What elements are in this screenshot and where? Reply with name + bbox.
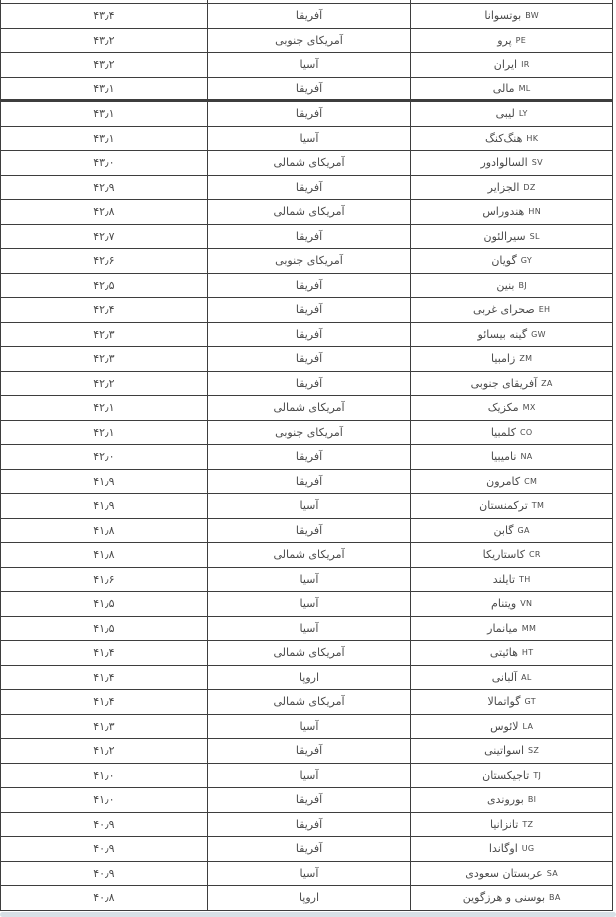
- continent-text: آفریقا: [296, 475, 322, 488]
- table-row: ۴۱٫۶ آسیا THتایلند: [1, 568, 613, 593]
- continent-text: آسیا: [300, 867, 319, 880]
- value-cell: ۴۰٫۹: [1, 862, 208, 886]
- continent-text: آسیا: [300, 720, 319, 733]
- continent-cell: آفریقا: [208, 372, 412, 396]
- continent-text: آفریقا: [296, 744, 322, 757]
- continent-text: آفریقا: [296, 818, 322, 831]
- continent-text: آفریقا: [296, 279, 322, 292]
- value-cell: ۴۲٫۰: [1, 445, 208, 469]
- continent-cell: آفریقا: [208, 78, 412, 100]
- continent-cell: آمریکای شمالی: [208, 641, 412, 665]
- value-text: ۴۱٫۳: [93, 720, 114, 733]
- table-row: ۴۱٫۵ آسیا VNویتنام: [1, 592, 613, 617]
- country-name-text: کاستاریکا: [483, 548, 525, 561]
- continent-cell: آمریکای جنوبی: [208, 249, 412, 273]
- value-text: ۴۲٫۰: [93, 450, 114, 463]
- country-name-text: کامرون: [486, 475, 520, 488]
- value-text: ۴۲٫۱: [93, 426, 114, 439]
- table-row: ۴۲٫۷ آفریقا SLسیرالئون: [1, 225, 613, 250]
- continent-text: آمریکای شمالی: [273, 548, 344, 561]
- continent-text: آفریقا: [296, 793, 322, 806]
- value-text: ۴۳٫۲: [93, 58, 114, 71]
- continent-cell: آفریقا: [208, 739, 412, 763]
- continent-cell: آسیا: [208, 494, 412, 518]
- country-name-text: تاجیکستان: [482, 769, 529, 782]
- country-name-text: کلمبیا: [491, 426, 516, 439]
- continent-text: آسیا: [300, 573, 319, 586]
- country-code-text: GT: [524, 697, 535, 706]
- country-cell: NAنامیبیا: [411, 445, 613, 469]
- table-row: ۴۲٫۱ آمریکای جنوبی COکلمبیا: [1, 421, 613, 446]
- country-cell: SZاسواتینی: [411, 739, 613, 763]
- table-row: ۴۱٫۴ آمریکای شمالی GTگواتمالا: [1, 690, 613, 715]
- country-code-text: CO: [520, 428, 532, 437]
- data-table: ۴۳٫۴ آفریقا BWبوتسوانا ۴۳٫۲ آمریکای جنوب…: [0, 0, 613, 911]
- value-cell: ۴۲٫۶: [1, 249, 208, 273]
- table-row: ۴۳٫۱ آفریقا MLمالی: [1, 78, 613, 103]
- value-cell: ۴۱٫۰: [1, 788, 208, 812]
- country-name-text: تانزانیا: [490, 818, 518, 831]
- country-name-text: نامیبیا: [491, 450, 517, 463]
- table-row: ۴۳٫۲ آمریکای جنوبی PEپرو: [1, 29, 613, 54]
- continent-cell: آمریکای شمالی: [208, 396, 412, 420]
- value-cell: ۴۳٫۱: [1, 127, 208, 151]
- value-text: ۴۲٫۹: [93, 181, 114, 194]
- table-row: ۴۲٫۸ آمریکای شمالی HNهندوراس: [1, 200, 613, 225]
- country-name-text: اوگاندا: [489, 842, 518, 855]
- country-name-text: گویان: [491, 254, 516, 267]
- continent-text: آمریکای جنوبی: [275, 34, 343, 47]
- table-row: ۴۳٫۲ آسیا IRایران: [1, 53, 613, 78]
- continent-cell: آفریقا: [208, 347, 412, 371]
- country-name-text: هائیتی: [490, 646, 518, 659]
- table-row: ۴۲٫۵ آفریقا BJبنین: [1, 274, 613, 299]
- country-code-text: HK: [526, 134, 538, 143]
- continent-cell: آسیا: [208, 617, 412, 641]
- country-cell: VNویتنام: [411, 592, 613, 616]
- country-name-text: میانمار: [487, 622, 518, 635]
- continent-cell: آفریقا: [208, 837, 412, 861]
- continent-text: آفریقا: [296, 842, 322, 855]
- country-cell: BJبنین: [411, 274, 613, 298]
- continent-text: آفریقا: [296, 9, 322, 22]
- table-row: ۴۱٫۰ آفریقا BIبوروندی: [1, 788, 613, 813]
- value-text: ۴۳٫۱: [93, 132, 114, 145]
- continent-text: آسیا: [300, 769, 319, 782]
- country-code-text: HT: [522, 648, 534, 657]
- country-name-text: گابن: [494, 524, 514, 537]
- country-name-text: آفریقای جنوبی: [471, 377, 538, 390]
- country-name-text: هنگ‌کنگ: [485, 132, 522, 145]
- value-text: ۴۱٫۹: [93, 475, 114, 488]
- value-cell: ۴۳٫۰: [1, 151, 208, 175]
- country-code-text: GW: [531, 330, 546, 339]
- country-code-text: IR: [521, 60, 530, 69]
- continent-text: آسیا: [300, 622, 319, 635]
- table-row: ۴۲٫۴ آفریقا EHصحرای غربی: [1, 298, 613, 323]
- continent-text: آمریکای جنوبی: [275, 254, 343, 267]
- value-text: ۴۲٫۳: [93, 352, 114, 365]
- value-cell: ۴۱٫۴: [1, 641, 208, 665]
- table-row: ۴۱٫۹ آسیا TMترکمنستان: [1, 494, 613, 519]
- country-cell: PEپرو: [411, 29, 613, 53]
- country-cell: UGاوگاندا: [411, 837, 613, 861]
- country-name-text: گینه بیسائو: [478, 328, 528, 341]
- country-cell: TMترکمنستان: [411, 494, 613, 518]
- continent-text: آمریکای شمالی: [273, 401, 344, 414]
- country-cell: [411, 0, 613, 3]
- country-code-text: SL: [530, 232, 540, 241]
- continent-cell: آفریقا: [208, 323, 412, 347]
- country-cell: DZالجزایر: [411, 176, 613, 200]
- country-name-text: پرو: [497, 34, 511, 47]
- table-rows-container: ۴۳٫۴ آفریقا BWبوتسوانا ۴۳٫۲ آمریکای جنوب…: [1, 4, 613, 911]
- value-cell: [1, 0, 208, 3]
- value-text: ۴۱٫۸: [93, 548, 114, 561]
- value-cell: ۴۱٫۳: [1, 715, 208, 739]
- value-cell: ۴۱٫۰: [1, 764, 208, 788]
- continent-text: اروپا: [299, 671, 319, 684]
- country-cell: BWبوتسوانا: [411, 4, 613, 28]
- country-code-text: MM: [522, 624, 536, 633]
- value-cell: ۴۳٫۲: [1, 29, 208, 53]
- continent-cell: آمریکای جنوبی: [208, 29, 412, 53]
- value-text: ۴۳٫۴: [93, 9, 114, 22]
- value-cell: ۴۰٫۸: [1, 886, 208, 910]
- value-cell: ۴۲٫۹: [1, 176, 208, 200]
- country-code-text: CM: [524, 477, 537, 486]
- continent-cell: آسیا: [208, 127, 412, 151]
- country-code-text: AL: [521, 673, 532, 682]
- continent-text: اروپا: [299, 891, 319, 904]
- continent-cell: آسیا: [208, 53, 412, 77]
- country-name-text: مالی: [493, 82, 515, 95]
- country-cell: MXمکزیک: [411, 396, 613, 420]
- continent-text: آمریکای شمالی: [273, 156, 344, 169]
- value-cell: ۴۱٫۹: [1, 470, 208, 494]
- country-cell: SVالسالوادور: [411, 151, 613, 175]
- value-cell: ۴۱٫۴: [1, 666, 208, 690]
- country-code-text: TH: [519, 575, 531, 584]
- value-text: ۴۲٫۸: [93, 205, 114, 218]
- country-name-text: گواتمالا: [487, 695, 520, 708]
- value-cell: ۴۰٫۹: [1, 837, 208, 861]
- continent-cell: آسیا: [208, 764, 412, 788]
- value-text: ۴۰٫۹: [93, 818, 114, 831]
- country-name-text: آلبانی: [492, 671, 517, 684]
- country-cell: LAلائوس: [411, 715, 613, 739]
- continent-text: آسیا: [300, 132, 319, 145]
- value-text: ۴۱٫۴: [93, 671, 114, 684]
- country-code-text: PE: [516, 36, 526, 45]
- country-name-text: بوروندی: [487, 793, 524, 806]
- continent-text: آفریقا: [296, 450, 322, 463]
- country-cell: LYلیبی: [411, 102, 613, 126]
- continent-cell: آفریقا: [208, 176, 412, 200]
- value-text: ۴۲٫۴: [93, 303, 114, 316]
- country-code-text: VN: [520, 599, 532, 608]
- continent-cell: آفریقا: [208, 788, 412, 812]
- continent-text: آفریقا: [296, 230, 322, 243]
- value-text: ۴۲٫۶: [93, 254, 114, 267]
- value-text: ۴۱٫۸: [93, 524, 114, 537]
- country-cell: HNهندوراس: [411, 200, 613, 224]
- country-name-text: ایران: [494, 58, 517, 71]
- continent-cell: [208, 0, 412, 3]
- continent-cell: آفریقا: [208, 470, 412, 494]
- value-cell: ۴۲٫۸: [1, 200, 208, 224]
- continent-cell: آفریقا: [208, 4, 412, 28]
- country-code-text: GA: [518, 526, 530, 535]
- value-cell: ۴۲٫۳: [1, 323, 208, 347]
- value-cell: ۴۳٫۴: [1, 4, 208, 28]
- table-row: ۴۱٫۳ آسیا LAلائوس: [1, 715, 613, 740]
- table-row: ۴۰٫۹ آفریقا TZتانزانیا: [1, 813, 613, 838]
- country-cell: GTگواتمالا: [411, 690, 613, 714]
- value-text: ۴۲٫۳: [93, 328, 114, 341]
- country-name-text: بوسنی و هرزگوین: [463, 891, 545, 904]
- country-cell: CMکامرون: [411, 470, 613, 494]
- country-code-text: TJ: [533, 771, 541, 780]
- country-name-text: مکزیک: [488, 401, 519, 414]
- country-code-text: HN: [528, 207, 541, 216]
- continent-text: آفریقا: [296, 107, 322, 120]
- continent-text: آمریکای شمالی: [273, 646, 344, 659]
- table-row: ۴۱٫۸ آفریقا GAگابن: [1, 519, 613, 544]
- table-row: ۴۲٫۹ آفریقا DZالجزایر: [1, 176, 613, 201]
- continent-cell: آمریکای شمالی: [208, 690, 412, 714]
- continent-cell: آسیا: [208, 568, 412, 592]
- continent-cell: آمریکای جنوبی: [208, 421, 412, 445]
- country-name-text: ترکمنستان: [479, 499, 528, 512]
- value-text: ۴۱٫۴: [93, 695, 114, 708]
- table-row: ۴۲٫۳ آفریقا GWگینه بیسائو: [1, 323, 613, 348]
- table-row: ۴۲٫۶ آمریکای جنوبی GYگویان: [1, 249, 613, 274]
- continent-text: آسیا: [300, 58, 319, 71]
- continent-cell: آمریکای شمالی: [208, 151, 412, 175]
- value-cell: ۴۰٫۹: [1, 813, 208, 837]
- continent-cell: آسیا: [208, 862, 412, 886]
- country-name-text: ویتنام: [491, 597, 516, 610]
- continent-cell: آفریقا: [208, 813, 412, 837]
- country-cell: THتایلند: [411, 568, 613, 592]
- continent-cell: آفریقا: [208, 519, 412, 543]
- continent-text: آفریقا: [296, 82, 322, 95]
- country-code-text: TM: [532, 501, 544, 510]
- continent-cell: آمریکای شمالی: [208, 200, 412, 224]
- table-row: ۴۱٫۹ آفریقا CMکامرون: [1, 470, 613, 495]
- country-code-text: SZ: [528, 746, 539, 755]
- country-code-text: LY: [519, 109, 528, 118]
- value-text: ۴۱٫۵: [93, 597, 114, 610]
- value-text: ۴۲٫۷: [93, 230, 114, 243]
- country-name-text: بوتسوانا: [484, 9, 521, 22]
- country-code-text: GY: [521, 256, 532, 265]
- table-row: ۴۲٫۲ آفریقا ZAآفریقای جنوبی: [1, 372, 613, 397]
- value-cell: ۴۳٫۱: [1, 78, 208, 100]
- continent-cell: آفریقا: [208, 445, 412, 469]
- continent-cell: اروپا: [208, 886, 412, 910]
- country-name-text: السالوادور: [481, 156, 528, 169]
- value-cell: ۴۱٫۵: [1, 617, 208, 641]
- value-cell: ۴۲٫۱: [1, 421, 208, 445]
- country-cell: SLسیرالئون: [411, 225, 613, 249]
- country-cell: EHصحرای غربی: [411, 298, 613, 322]
- country-code-text: ZM: [519, 354, 532, 363]
- country-cell: GYگویان: [411, 249, 613, 273]
- page: ۴۳٫۴ آفریقا BWبوتسوانا ۴۳٫۲ آمریکای جنوب…: [0, 0, 616, 917]
- continent-text: آفریقا: [296, 524, 322, 537]
- continent-cell: آفریقا: [208, 274, 412, 298]
- country-code-text: MX: [523, 403, 536, 412]
- value-cell: ۴۲٫۲: [1, 372, 208, 396]
- value-cell: ۴۲٫۴: [1, 298, 208, 322]
- country-code-text: LA: [523, 722, 534, 731]
- country-cell: MMمیانمار: [411, 617, 613, 641]
- value-text: ۴۰٫۸: [93, 891, 114, 904]
- continent-text: آفریقا: [296, 352, 322, 365]
- country-code-text: ML: [519, 84, 531, 93]
- table-row: ۴۱٫۴ اروپا ALآلبانی: [1, 666, 613, 691]
- value-text: ۴۱٫۲: [93, 744, 114, 757]
- value-text: ۴۱٫۰: [93, 793, 114, 806]
- country-cell: HTهائیتی: [411, 641, 613, 665]
- continent-text: آمریکای شمالی: [273, 205, 344, 218]
- country-cell: TJتاجیکستان: [411, 764, 613, 788]
- value-cell: ۴۱٫۴: [1, 690, 208, 714]
- value-text: ۴۱٫۰: [93, 769, 114, 782]
- table-row: ۴۱٫۸ آمریکای شمالی CRکاستاریکا: [1, 543, 613, 568]
- country-cell: SAعربستان سعودی: [411, 862, 613, 886]
- continent-cell: آمریکای شمالی: [208, 543, 412, 567]
- value-text: ۴۱٫۴: [93, 646, 114, 659]
- value-cell: ۴۱٫۸: [1, 543, 208, 567]
- country-cell: BIبوروندی: [411, 788, 613, 812]
- country-cell: BAبوسنی و هرزگوین: [411, 886, 613, 910]
- country-name-text: صحرای غربی: [473, 303, 535, 316]
- table-row: ۴۰٫۹ آسیا SAعربستان سعودی: [1, 862, 613, 887]
- country-code-text: TZ: [522, 820, 533, 829]
- value-cell: ۴۱٫۹: [1, 494, 208, 518]
- value-text: ۴۰٫۹: [93, 867, 114, 880]
- country-cell: ZAآفریقای جنوبی: [411, 372, 613, 396]
- table-row: ۴۱٫۲ آفریقا SZاسواتینی: [1, 739, 613, 764]
- country-cell: GWگینه بیسائو: [411, 323, 613, 347]
- continent-cell: آسیا: [208, 715, 412, 739]
- value-text: ۴۱٫۹: [93, 499, 114, 512]
- value-text: ۴۳٫۲: [93, 34, 114, 47]
- continent-cell: آفریقا: [208, 102, 412, 126]
- country-code-text: EH: [539, 305, 551, 314]
- value-cell: ۴۲٫۳: [1, 347, 208, 371]
- country-cell: IRایران: [411, 53, 613, 77]
- country-name-text: لائوس: [490, 720, 518, 733]
- country-code-text: BW: [525, 11, 539, 20]
- country-code-text: ZA: [541, 379, 553, 388]
- value-cell: ۴۱٫۸: [1, 519, 208, 543]
- table-row: ۴۱٫۴ آمریکای شمالی HTهائیتی: [1, 641, 613, 666]
- value-text: ۴۳٫۱: [93, 82, 114, 95]
- table-row: ۴۱٫۵ آسیا MMمیانمار: [1, 617, 613, 642]
- horizontal-scrollbar[interactable]: [0, 912, 616, 917]
- value-cell: ۴۲٫۷: [1, 225, 208, 249]
- country-name-text: هندوراس: [482, 205, 524, 218]
- value-text: ۴۳٫۰: [93, 156, 114, 169]
- continent-text: آفریقا: [296, 377, 322, 390]
- value-text: ۴۰٫۹: [93, 842, 114, 855]
- country-cell: ZMزامبیا: [411, 347, 613, 371]
- country-name-text: عربستان سعودی: [465, 867, 542, 880]
- value-cell: ۴۱٫۶: [1, 568, 208, 592]
- continent-cell: آفریقا: [208, 298, 412, 322]
- continent-text: آفریقا: [296, 303, 322, 316]
- continent-cell: اروپا: [208, 666, 412, 690]
- country-name-text: الجزایر: [488, 181, 520, 194]
- table-row: ۴۲٫۱ آمریکای شمالی MXمکزیک: [1, 396, 613, 421]
- country-cell: CRکاستاریکا: [411, 543, 613, 567]
- country-name-text: سیرالئون: [484, 230, 526, 243]
- value-cell: ۴۲٫۱: [1, 396, 208, 420]
- country-code-text: BI: [528, 795, 536, 804]
- country-code-text: DZ: [523, 183, 535, 192]
- country-cell: HKهنگ‌کنگ: [411, 127, 613, 151]
- table-row: ۴۰٫۹ آفریقا UGاوگاندا: [1, 837, 613, 862]
- value-cell: ۴۱٫۵: [1, 592, 208, 616]
- country-code-text: BJ: [518, 281, 526, 290]
- country-code-text: NA: [520, 452, 532, 461]
- value-text: ۴۱٫۵: [93, 622, 114, 635]
- country-cell: ALآلبانی: [411, 666, 613, 690]
- table-row: ۴۳٫۱ آسیا HKهنگ‌کنگ: [1, 127, 613, 152]
- table-row: ۴۳٫۰ آمریکای شمالی SVالسالوادور: [1, 151, 613, 176]
- country-name-text: لیبی: [496, 107, 515, 120]
- country-code-text: BA: [549, 893, 561, 902]
- country-code-text: SV: [532, 158, 543, 167]
- value-cell: ۴۳٫۲: [1, 53, 208, 77]
- table-row: ۴۲٫۳ آفریقا ZMزامبیا: [1, 347, 613, 372]
- continent-cell: آفریقا: [208, 225, 412, 249]
- country-name-text: اسواتینی: [484, 744, 524, 757]
- country-code-text: SA: [547, 869, 558, 878]
- country-code-text: CR: [529, 550, 541, 559]
- continent-text: آمریکای شمالی: [273, 695, 344, 708]
- table-row: ۴۳٫۴ آفریقا BWبوتسوانا: [1, 4, 613, 29]
- continent-text: آسیا: [300, 499, 319, 512]
- continent-text: آفریقا: [296, 181, 322, 194]
- value-text: ۴۱٫۶: [93, 573, 114, 586]
- country-cell: COکلمبیا: [411, 421, 613, 445]
- country-cell: MLمالی: [411, 78, 613, 100]
- value-text: ۴۲٫۲: [93, 377, 114, 390]
- continent-text: آمریکای جنوبی: [275, 426, 343, 439]
- country-cell: GAگابن: [411, 519, 613, 543]
- table-row: ۴۰٫۸ اروپا BAبوسنی و هرزگوین: [1, 886, 613, 911]
- continent-text: آفریقا: [296, 328, 322, 341]
- value-cell: ۴۲٫۵: [1, 274, 208, 298]
- value-cell: ۴۳٫۱: [1, 102, 208, 126]
- country-name-text: زامبیا: [491, 352, 515, 365]
- continent-text: آسیا: [300, 597, 319, 610]
- value-text: ۴۲٫۱: [93, 401, 114, 414]
- continent-cell: آسیا: [208, 592, 412, 616]
- value-text: ۴۳٫۱: [93, 107, 114, 120]
- country-name-text: تایلند: [493, 573, 515, 586]
- table-row: ۴۳٫۱ آفریقا LYلیبی: [1, 102, 613, 127]
- country-cell: TZتانزانیا: [411, 813, 613, 837]
- table-row: ۴۲٫۰ آفریقا NAنامیبیا: [1, 445, 613, 470]
- value-text: ۴۲٫۵: [93, 279, 114, 292]
- country-name-text: بنین: [496, 279, 514, 292]
